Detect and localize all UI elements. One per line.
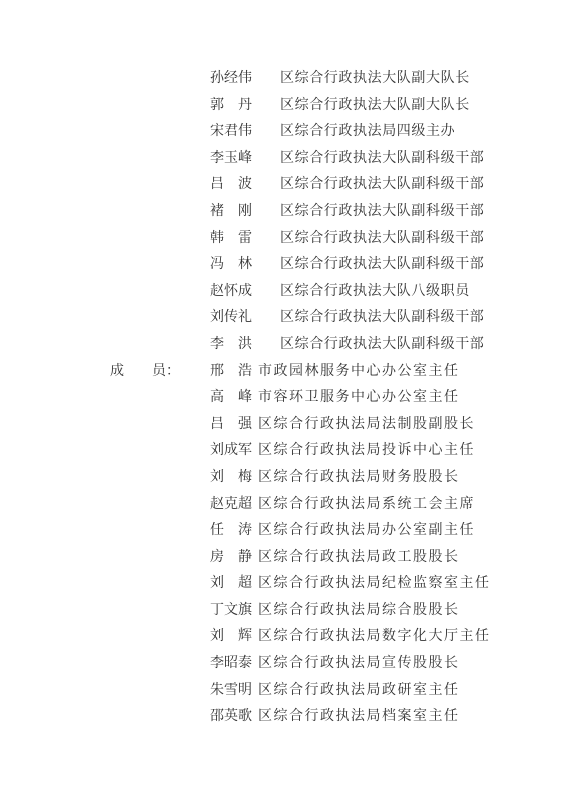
document-page: 孙经伟 区综合行政执法大队副大队长 郭 丹 区综合行政执法大队副大队长 宋君伟 … xyxy=(0,0,573,811)
member-title: 区综合行政执法大队副大队长 xyxy=(280,66,470,93)
roster-list: 孙经伟 区综合行政执法大队副大队长 郭 丹 区综合行政执法大队副大队长 宋君伟 … xyxy=(0,66,491,731)
member-title: 区综合行政执法局财务股股长 xyxy=(258,465,460,492)
member-title: 区综合行政执法局法制股副股长 xyxy=(258,412,475,439)
member-name: 李玉峰 xyxy=(210,146,250,173)
member-name: 吕 强 xyxy=(210,412,250,439)
roster-row: 丁文旗 区综合行政执法局综合股股长 xyxy=(0,598,491,625)
roster-row: 邵英歌 区综合行政执法局档案室主任 xyxy=(0,704,491,731)
member-title: 区综合行政执法大队副大队长 xyxy=(280,93,470,120)
member-name: 韩 雷 xyxy=(210,226,250,253)
member-name: 宋君伟 xyxy=(210,119,250,146)
member-name: 刘成军 xyxy=(210,438,250,465)
roster-row: 成 员： 邢 浩 市政园林服务中心办公室主任 xyxy=(0,359,491,386)
roster-row: 李 洪 区综合行政执法大队副科级干部 xyxy=(0,332,491,359)
member-name: 高 峰 xyxy=(210,385,250,412)
roster-row: 冯 林 区综合行政执法大队副科级干部 xyxy=(0,252,491,279)
member-title: 区综合行政执法局纪检监察室主任 xyxy=(258,571,491,598)
member-name: 刘传礼 xyxy=(210,305,250,332)
member-name: 邢 浩 xyxy=(210,359,250,386)
roster-row: 房 静 区综合行政执法局政工股股长 xyxy=(0,545,491,572)
member-title: 区综合行政执法局四级主办 xyxy=(280,119,455,146)
member-title: 区综合行政执法局综合股股长 xyxy=(258,598,460,625)
member-title: 区综合行政执法局档案室主任 xyxy=(258,704,460,731)
member-name: 丁文旗 xyxy=(210,598,250,625)
member-title: 区综合行政执法局宣传股股长 xyxy=(258,651,460,678)
row-section-label: 成 员： xyxy=(110,359,210,386)
roster-row: 高 峰 市容环卫服务中心办公室主任 xyxy=(0,385,491,412)
member-name: 刘 辉 xyxy=(210,624,250,651)
member-title: 区综合行政执法局投诉中心主任 xyxy=(258,438,475,465)
roster-row: 任 涛 区综合行政执法局办公室副主任 xyxy=(0,518,491,545)
member-title: 区综合行政执法大队副科级干部 xyxy=(280,199,484,226)
member-name: 李 洪 xyxy=(210,332,250,359)
member-name: 刘 梅 xyxy=(210,465,250,492)
member-title: 区综合行政执法大队副科级干部 xyxy=(280,172,484,199)
member-name: 赵怀成 xyxy=(210,279,250,306)
roster-row: 吕 波 区综合行政执法大队副科级干部 xyxy=(0,172,491,199)
member-title: 区综合行政执法大队八级职员 xyxy=(280,279,470,306)
roster-row: 李玉峰 区综合行政执法大队副科级干部 xyxy=(0,146,491,173)
roster-row: 刘 超 区综合行政执法局纪检监察室主任 xyxy=(0,571,491,598)
member-name: 褚 刚 xyxy=(210,199,250,226)
member-title: 区综合行政执法大队副科级干部 xyxy=(280,305,484,332)
member-name: 刘 超 xyxy=(210,571,250,598)
roster-row: 韩 雷 区综合行政执法大队副科级干部 xyxy=(0,226,491,253)
roster-row: 吕 强 区综合行政执法局法制股副股长 xyxy=(0,412,491,439)
member-name: 孙经伟 xyxy=(210,66,250,93)
members-group: 成 员： 邢 浩 市政园林服务中心办公室主任 高 峰 市容环卫服务中心办公室主任… xyxy=(0,359,491,731)
member-name: 赵克超 xyxy=(210,492,250,519)
member-name: 冯 林 xyxy=(210,252,250,279)
member-title: 区综合行政执法大队副科级干部 xyxy=(280,226,484,253)
roster-row: 赵怀成 区综合行政执法大队八级职员 xyxy=(0,279,491,306)
member-title: 区综合行政执法局办公室副主任 xyxy=(258,518,475,545)
member-title: 区综合行政执法局数字化大厅主任 xyxy=(258,624,491,651)
roster-row: 宋君伟 区综合行政执法局四级主办 xyxy=(0,119,491,146)
member-title: 区综合行政执法局系统工会主席 xyxy=(258,492,475,519)
member-name: 任 涛 xyxy=(210,518,250,545)
roster-row: 刘成军 区综合行政执法局投诉中心主任 xyxy=(0,438,491,465)
member-name: 邵英歌 xyxy=(210,704,250,731)
member-title: 区综合行政执法局政研室主任 xyxy=(258,678,460,705)
roster-row: 朱雪明 区综合行政执法局政研室主任 xyxy=(0,678,491,705)
roster-row: 褚 刚 区综合行政执法大队副科级干部 xyxy=(0,199,491,226)
member-title: 区综合行政执法大队副科级干部 xyxy=(280,332,484,359)
member-title: 区综合行政执法大队副科级干部 xyxy=(280,252,484,279)
member-title: 区综合行政执法大队副科级干部 xyxy=(280,146,484,173)
member-title: 区综合行政执法局政工股股长 xyxy=(258,545,460,572)
member-title: 市容环卫服务中心办公室主任 xyxy=(258,385,460,412)
member-name: 房 静 xyxy=(210,545,250,572)
roster-row: 郭 丹 区综合行政执法大队副大队长 xyxy=(0,93,491,120)
roster-row: 刘 梅 区综合行政执法局财务股股长 xyxy=(0,465,491,492)
roster-row: 孙经伟 区综合行政执法大队副大队长 xyxy=(0,66,491,93)
roster-row: 赵克超 区综合行政执法局系统工会主席 xyxy=(0,492,491,519)
member-name: 郭 丹 xyxy=(210,93,250,120)
roster-row: 刘传礼 区综合行政执法大队副科级干部 xyxy=(0,305,491,332)
member-name: 李昭泰 xyxy=(210,651,250,678)
roster-row: 刘 辉 区综合行政执法局数字化大厅主任 xyxy=(0,624,491,651)
member-title: 市政园林服务中心办公室主任 xyxy=(258,359,460,386)
deputy-leaders-group: 孙经伟 区综合行政执法大队副大队长 郭 丹 区综合行政执法大队副大队长 宋君伟 … xyxy=(0,66,491,359)
member-name: 吕 波 xyxy=(210,172,250,199)
member-name: 朱雪明 xyxy=(210,678,250,705)
roster-row: 李昭泰 区综合行政执法局宣传股股长 xyxy=(0,651,491,678)
